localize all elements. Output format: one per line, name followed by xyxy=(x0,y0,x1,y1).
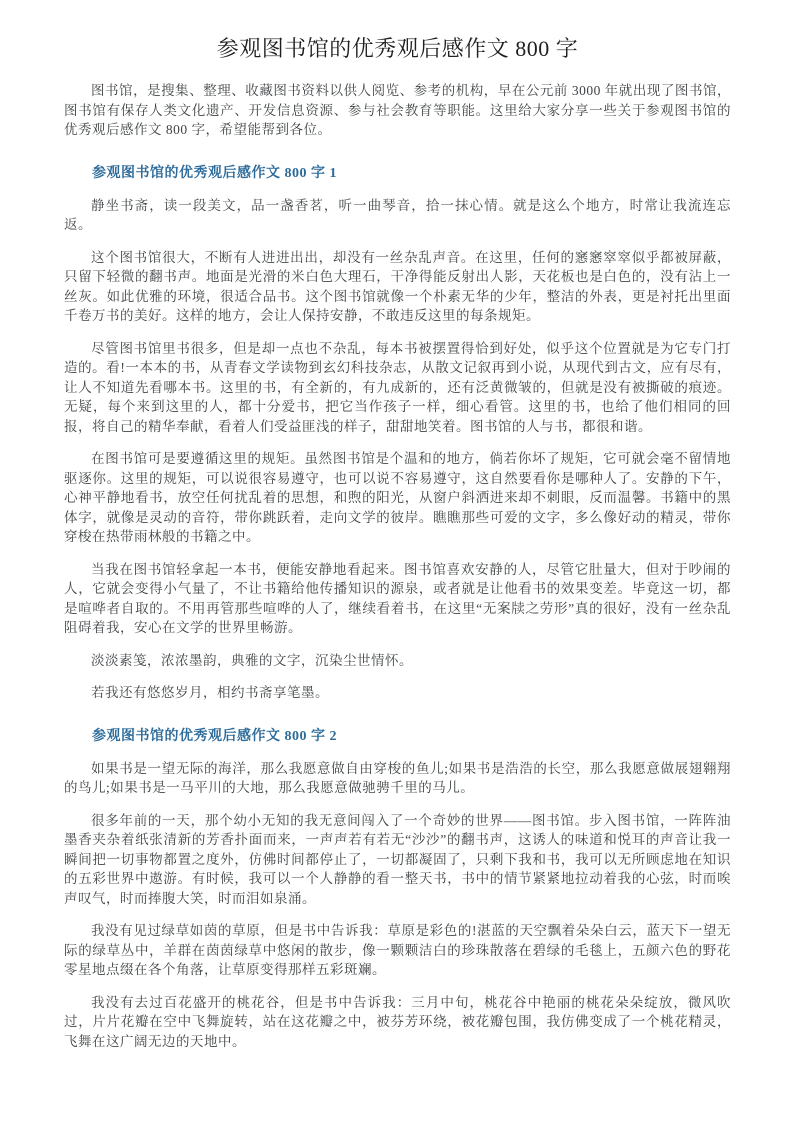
section-1-paragraph-1: 静坐书斋，读一段美文，品一盏香茗，听一曲琴音，拾一抹心情。就是这么个地方，时常让… xyxy=(64,196,731,235)
section-2-paragraph-1: 如果书是一望无际的海洋，那么我愿意做自由穿梭的鱼儿;如果书是浩浩的长空，那么我愿… xyxy=(64,759,731,798)
section-2-paragraph-2: 很多年前的一天，那个幼小无知的我无意间闯入了一个奇妙的世界——图书馆。步入图书馆… xyxy=(64,811,731,909)
section-1-paragraph-4: 在图书馆可是要遵循这里的规矩。虽然图书馆是个温和的地方，倘若你坏了规矩，它可就会… xyxy=(64,449,731,547)
section-2-paragraph-4: 我没有去过百花盛开的桃花谷，但是书中告诉我：三月中旬，桃花谷中艳丽的桃花朵朵绽放… xyxy=(64,993,731,1052)
section-1-heading: 参观图书馆的优秀观后感作文 800 字 1 xyxy=(64,162,731,182)
section-1-paragraph-5: 当我在图书馆轻拿起一本书，便能安静地看起来。图书馆喜欢安静的人，尽管它肚量大，但… xyxy=(64,560,731,638)
section-1-paragraph-7: 若我还有悠悠岁月，相约书斋享笔墨。 xyxy=(64,683,731,703)
section-2-paragraph-3: 我没有见过绿草如茵的草原，但是书中告诉我：草原是彩色的!湛蓝的天空飘着朵朵白云，… xyxy=(64,921,731,980)
document-title: 参观图书馆的优秀观后感作文 800 字 xyxy=(64,32,731,63)
section-2-heading: 参观图书馆的优秀观后感作文 800 字 2 xyxy=(64,725,731,745)
section-1-paragraph-6: 淡淡素笺，浓浓墨韵，典雅的文字，沉染尘世情怀。 xyxy=(64,651,731,671)
document-page: 参观图书馆的优秀观后感作文 800 字 图书馆，是搜集、整理、收藏图书资料以供人… xyxy=(0,0,794,1123)
intro-paragraph: 图书馆，是搜集、整理、收藏图书资料以供人阅览、参考的机构，早在公元前 3000 … xyxy=(64,81,731,140)
section-1-paragraph-2: 这个图书馆很大，不断有人进进出出，却没有一丝杂乱声音。在这里，任何的窸窸窣窣似乎… xyxy=(64,248,731,326)
section-1-paragraph-3: 尽管图书馆里书很多，但是却一点也不杂乱，每本书被摆置得恰到好处，似乎这个位置就是… xyxy=(64,339,731,437)
